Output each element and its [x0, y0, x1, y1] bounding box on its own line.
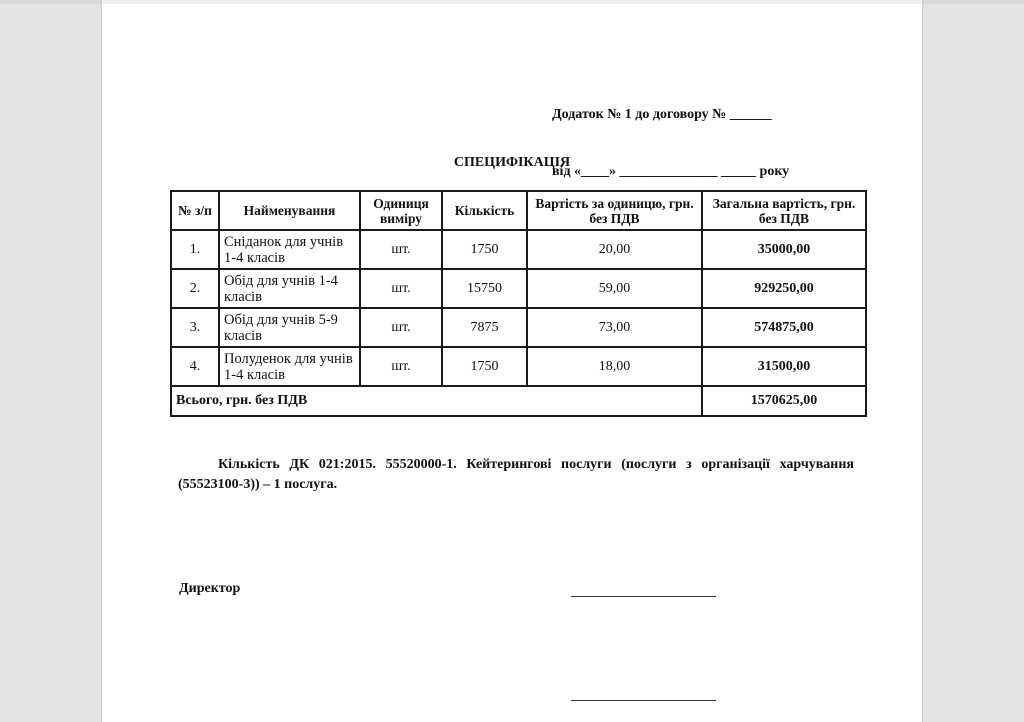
row-name: Полуденок для учнів 1-4 класів	[219, 347, 360, 386]
row-number: 3.	[171, 308, 219, 347]
director-label: Директор	[179, 581, 240, 597]
row-number: 1.	[171, 230, 219, 269]
row-unit: шт.	[360, 308, 442, 347]
header-unit-price: Вартість за одиницю, грн. без ПДВ	[527, 191, 702, 230]
signature-line-2	[571, 700, 716, 701]
header-name: Найменування	[219, 191, 360, 230]
document-title: СПЕЦИФІКАЦІЯ	[102, 155, 922, 171]
signature-line	[571, 596, 716, 597]
table-header-row: № з/п Найменування Одиниця виміру Кількі…	[171, 191, 866, 230]
row-unit-price: 20,00	[527, 230, 702, 269]
row-quantity: 1750	[442, 230, 527, 269]
table-row: 3. Обід для учнів 5-9 класів шт. 7875 73…	[171, 308, 866, 347]
page-top-edge	[102, 0, 922, 4]
row-total: 31500,00	[702, 347, 866, 386]
row-unit: шт.	[360, 230, 442, 269]
annex-line-1: Додаток № 1 до договору № ______	[552, 105, 789, 124]
row-unit: шт.	[360, 269, 442, 308]
table-summary-row: Всього, грн. без ПДВ 1570625,00	[171, 386, 866, 416]
specification-table: № з/п Найменування Одиниця виміру Кількі…	[170, 190, 867, 417]
document-page: Додаток № 1 до договору № ______ від «__…	[101, 0, 923, 722]
row-number: 4.	[171, 347, 219, 386]
row-name: Сніданок для учнів 1-4 класів	[219, 230, 360, 269]
table-row: 1. Сніданок для учнів 1-4 класів шт. 175…	[171, 230, 866, 269]
header-unit: Одиниця виміру	[360, 191, 442, 230]
row-total: 574875,00	[702, 308, 866, 347]
row-total: 929250,00	[702, 269, 866, 308]
row-unit-price: 18,00	[527, 347, 702, 386]
row-name: Обід для учнів 1-4 класів	[219, 269, 360, 308]
table-row: 2. Обід для учнів 1-4 класів шт. 15750 5…	[171, 269, 866, 308]
row-unit-price: 73,00	[527, 308, 702, 347]
header-number: № з/п	[171, 191, 219, 230]
row-quantity: 7875	[442, 308, 527, 347]
header-quantity: Кількість	[442, 191, 527, 230]
summary-label: Всього, грн. без ПДВ	[171, 386, 702, 416]
row-unit: шт.	[360, 347, 442, 386]
row-number: 2.	[171, 269, 219, 308]
cpv-note: Кількість ДК 021:2015. 55520000-1. Кейте…	[178, 455, 854, 495]
table-row: 4. Полуденок для учнів 1-4 класів шт. 17…	[171, 347, 866, 386]
row-quantity: 15750	[442, 269, 527, 308]
row-name: Обід для учнів 5-9 класів	[219, 308, 360, 347]
header-total-price: Загальна вартість, грн. без ПДВ	[702, 191, 866, 230]
row-quantity: 1750	[442, 347, 527, 386]
row-total: 35000,00	[702, 230, 866, 269]
row-unit-price: 59,00	[527, 269, 702, 308]
summary-total: 1570625,00	[702, 386, 866, 416]
